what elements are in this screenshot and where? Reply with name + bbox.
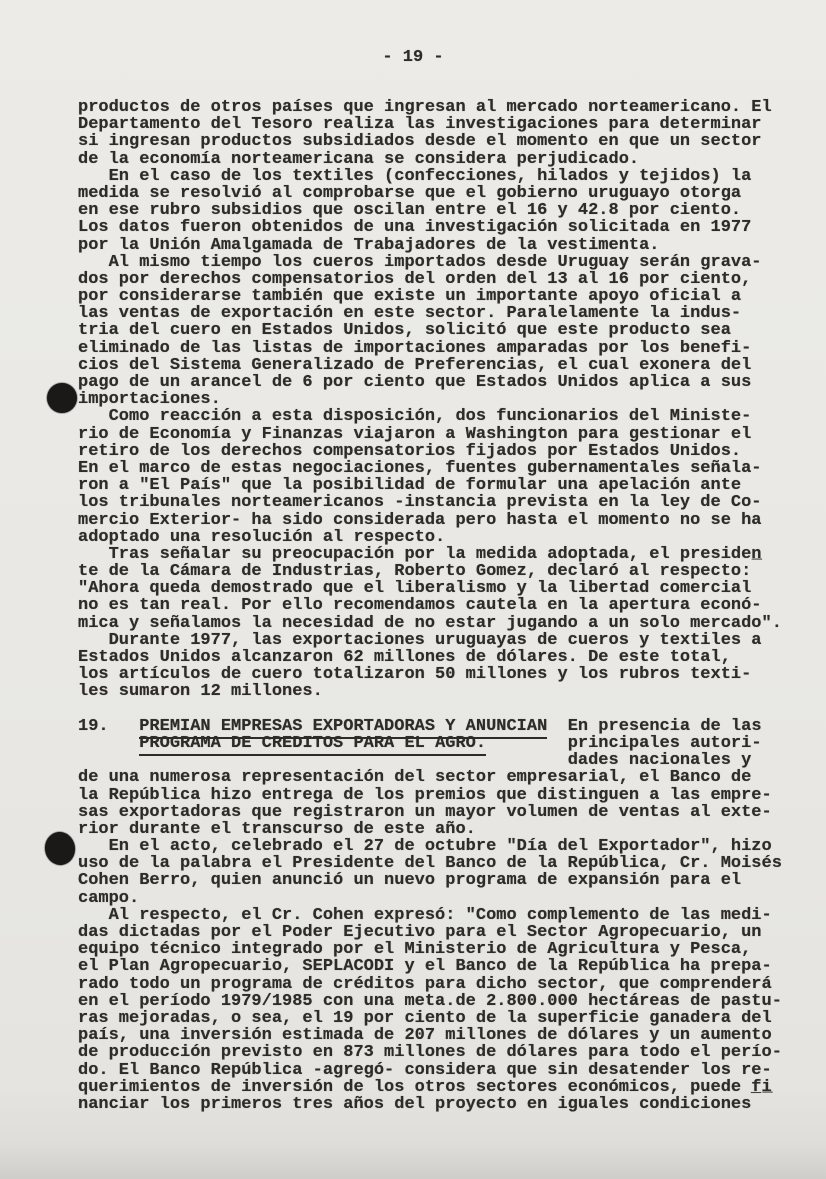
text-line: das dictadas por el Poder Ejecutivo para…: [78, 924, 782, 941]
section-side-text: dades nacionales y: [568, 751, 752, 770]
text-line: eliminado de las listas de importaciones…: [78, 340, 782, 357]
text-line: les sumaron 12 millones.: [78, 683, 782, 700]
text-line: en el período 1979/1985 con una meta.de …: [78, 993, 782, 1010]
text-line: por considerarse también que existe un i…: [78, 288, 782, 305]
section-heading-line: PROGRAMA DE CREDITOS PARA EL AGRO. princ…: [78, 735, 782, 752]
text-line: nanciar los primeros tres años del proye…: [78, 1096, 782, 1113]
text-line: importaciones.: [78, 391, 782, 408]
text-line: te de la Cámara de Industrias, Roberto G…: [78, 563, 782, 580]
text-line: retiro de los derechos compensatorios fi…: [78, 443, 782, 460]
text-line: En el caso de los textiles (confecciones…: [78, 168, 782, 185]
text-line: En el acto, celebrado el 27 de octubre "…: [78, 838, 782, 855]
text-line: cios del Sistema Generalizado de Prefere…: [78, 357, 782, 374]
section-number: 19.: [78, 717, 139, 736]
text-line: tria del cuero en Estados Unidos, solici…: [78, 322, 782, 339]
text-line: equipo técnico integrado por el Minister…: [78, 941, 782, 958]
text-line: rior durante el transcurso de este año.: [78, 821, 782, 838]
section-side-text: principales autori-: [486, 734, 761, 753]
text-line: rado todo un programa de créditos para d…: [78, 976, 782, 993]
text-line: por la Unión Amalgamada de Trabajadores …: [78, 237, 782, 254]
text-line: no es tan real. Por ello recomendamos ca…: [78, 597, 782, 614]
document-text: productos de otros países que ingresan a…: [78, 99, 782, 1113]
text-line: pago de un arancel de 6 por ciento que E…: [78, 374, 782, 391]
text-line: ron a "El País" que la posibilidad de fo…: [78, 477, 782, 494]
section-heading-line: 19. PREMIAN EMPRESAS EXPORTADORAS Y ANUN…: [78, 718, 782, 735]
text-line: país, una inversión estimada de 207 mill…: [78, 1027, 782, 1044]
text-line: productos de otros países que ingresan a…: [78, 99, 782, 116]
blank-line: [78, 701, 782, 718]
text-line: el Plan Agropecuario, SEPLACODI y el Ban…: [78, 958, 782, 975]
text-line: "Ahora queda demostrado que el liberalis…: [78, 580, 782, 597]
ink-blob-mark: [43, 830, 77, 867]
section-indent: [78, 751, 568, 770]
section-side-text: En presencia de las: [547, 717, 761, 736]
section-heading-line: dades nacionales y: [78, 752, 782, 769]
text-line: campo.: [78, 890, 782, 907]
text-line: Tras señalar su preocupación por la medi…: [78, 546, 782, 563]
text-line: en ese rubro subsidios que oscilan entre…: [78, 202, 782, 219]
text-line: los tribunales norteamericanos -instanci…: [78, 494, 782, 511]
text-line: Al mismo tiempo los cueros importados de…: [78, 254, 782, 271]
text-line: la República hizo entrega de los premios…: [78, 787, 782, 804]
text-line: si ingresan productos subsidiados desde …: [78, 133, 782, 150]
text-line: querimientos de inversión de los otros s…: [78, 1079, 782, 1096]
text-line: mercio Exterior- ha sido considerada per…: [78, 512, 782, 529]
text-line: do. El Banco República -agregó- consider…: [78, 1062, 782, 1079]
text-line: las ventas de exportación en este sector…: [78, 305, 782, 322]
text-line: Cohen Berro, quien anunció un nuevo prog…: [78, 872, 782, 889]
ink-blob-mark: [47, 383, 77, 413]
text-line: mica y señalamos la necesidad de no esta…: [78, 615, 782, 632]
text-line: rio de Economía y Finanzas viajaron a Wa…: [78, 426, 782, 443]
text-line: adoptado una resolución al respecto.: [78, 529, 782, 546]
text-line: dos por derechos compensatorios del orde…: [78, 271, 782, 288]
text-line: ras mejoradas, o sea, el 19 por ciento d…: [78, 1010, 782, 1027]
text-line: los artículos de cuero totalizaron 50 mi…: [78, 666, 782, 683]
page-number: - 19 -: [0, 49, 826, 66]
text-line: Los datos fueron obtenidos de una invest…: [78, 219, 782, 236]
text-line: Departamento del Tesoro realiza las inve…: [78, 116, 782, 133]
text-line: medida se resolvió al comprobarse que el…: [78, 185, 782, 202]
text-line: uso de la palabra el Presidente del Banc…: [78, 855, 782, 872]
text-line: Durante 1977, las exportaciones uruguaya…: [78, 632, 782, 649]
text-line: En el marco de estas negociaciones, fuen…: [78, 460, 782, 477]
scanned-document-page: - 19 - productos de otros países que ing…: [0, 0, 826, 1179]
section-indent: [78, 734, 139, 753]
text-line: sas exportadoras que registraron un mayo…: [78, 804, 782, 821]
text-line: de la economía norteamericana se conside…: [78, 151, 782, 168]
text-line: Estados Unidos alcanzaron 62 millones de…: [78, 649, 782, 666]
text-line: de una numerosa representación del secto…: [78, 769, 782, 786]
text-line: Al respecto, el Cr. Cohen expresó: "Como…: [78, 907, 782, 924]
text-line: de producción previsto en 873 millones d…: [78, 1044, 782, 1061]
text-line: Como reacción a esta disposición, dos fu…: [78, 408, 782, 425]
